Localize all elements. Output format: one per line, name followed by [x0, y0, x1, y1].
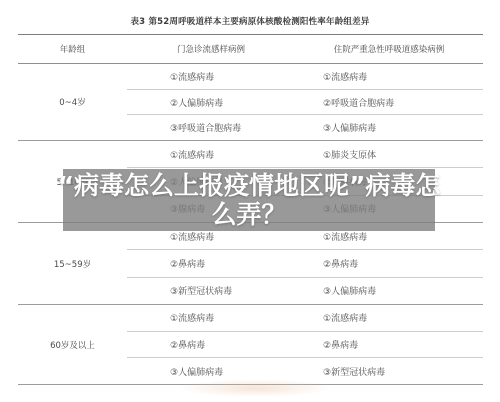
rank-1-row: ①流感病毒 ①流感病毒	[127, 305, 483, 332]
age-group-label: 15~59岁	[18, 223, 127, 304]
age-group-label: 60岁及以上	[18, 305, 127, 384]
inpatient-rank-1: ①流感病毒	[295, 70, 483, 83]
outpatient-rank-3: ③呼吸道合胞病毒	[127, 121, 295, 134]
inpatient-rank-2: ②呼吸道合胞病毒	[295, 96, 483, 109]
outpatient-rank-1: ①流感病毒	[127, 311, 295, 324]
header-outpatient: 门急诊流感样病例	[127, 43, 295, 55]
rank-list: ①流感病毒 ①流感病毒 ②人偏肺病毒 ②呼吸道合胞病毒 ③呼吸道合胞病毒 ③人偏…	[127, 64, 483, 140]
outpatient-rank-1: ①流感病毒	[127, 230, 295, 243]
rank-1-row: ①流感病毒 ①流感病毒	[127, 64, 483, 90]
rank-2-row: ②人偏肺病毒 ②呼吸道合胞病毒	[127, 90, 483, 116]
rank-2-row: ②鼻病毒 ②鼻病毒	[127, 250, 483, 277]
inpatient-rank-1: ①流感病毒	[295, 230, 483, 243]
inpatient-rank-2: ②鼻病毒	[295, 338, 483, 351]
table-row-age-0-4: 0~4岁 ①流感病毒 ①流感病毒 ②人偏肺病毒 ②呼吸道合胞病毒 ③呼吸道合胞病…	[18, 64, 483, 141]
rank-1-row: ①流感病毒 ①肺炎支原体	[127, 141, 483, 168]
outpatient-rank-2: ②鼻病毒	[127, 338, 295, 351]
rank-2-row: ②鼻病毒 ②鼻病毒	[127, 332, 483, 359]
age-group-label: 0~4岁	[18, 64, 127, 140]
caption-line-1: “病毒怎么上报疫情地区呢”病毒怎	[58, 171, 441, 200]
outpatient-rank-1: ①流感病毒	[127, 148, 295, 161]
rank-3-row: ③人偏肺病毒 ③新型冠状病毒	[127, 358, 483, 384]
outpatient-rank-3: ③人偏肺病毒	[127, 365, 295, 378]
outpatient-rank-2: ②人偏肺病毒	[127, 96, 295, 109]
caption-line-2: 么弄？	[211, 200, 286, 229]
inpatient-rank-3: ③人偏肺病毒	[295, 284, 483, 297]
caption-overlay: “病毒怎么上报疫情地区呢”病毒怎 么弄？	[63, 169, 435, 231]
page: 表3 第52周呼吸道样本主要病原体核酸检测阳性率年龄组差异 年龄组 门急诊流感样…	[0, 0, 500, 402]
table-header-row: 年龄组 门急诊流感样病例 住院严重急性呼吸道感染病例	[18, 35, 483, 64]
inpatient-rank-3: ③人偏肺病毒	[295, 121, 483, 134]
table-title: 表3 第52周呼吸道样本主要病原体核酸检测阳性率年龄组差异	[0, 15, 500, 27]
outpatient-rank-1: ①流感病毒	[127, 70, 295, 83]
outpatient-rank-3: ③新型冠状病毒	[127, 284, 295, 297]
table-row-age-60-plus: 60岁及以上 ①流感病毒 ①流感病毒 ②鼻病毒 ②鼻病毒 ③人偏肺病毒 ③新型冠…	[18, 305, 483, 385]
header-inpatient: 住院严重急性呼吸道感染病例	[295, 43, 483, 55]
rank-list: ①流感病毒 ①流感病毒 ②鼻病毒 ②鼻病毒 ③新型冠状病毒 ③人偏肺病毒	[127, 223, 483, 304]
outpatient-rank-2: ②鼻病毒	[127, 257, 295, 270]
rank-3-row: ③新型冠状病毒 ③人偏肺病毒	[127, 278, 483, 304]
inpatient-rank-1: ①流感病毒	[295, 311, 483, 324]
inpatient-rank-1: ①肺炎支原体	[295, 148, 483, 161]
table-row-age-15-59: 15~59岁 ①流感病毒 ①流感病毒 ②鼻病毒 ②鼻病毒 ③新型冠状病毒 ③人偏…	[18, 223, 483, 305]
inpatient-rank-2: ②鼻病毒	[295, 257, 483, 270]
rank-3-row: ③呼吸道合胞病毒 ③人偏肺病毒	[127, 115, 483, 140]
inpatient-rank-3: ③新型冠状病毒	[295, 365, 483, 378]
rank-list: ①流感病毒 ①流感病毒 ②鼻病毒 ②鼻病毒 ③人偏肺病毒 ③新型冠状病毒	[127, 305, 483, 384]
header-age-group: 年龄组	[18, 43, 127, 55]
